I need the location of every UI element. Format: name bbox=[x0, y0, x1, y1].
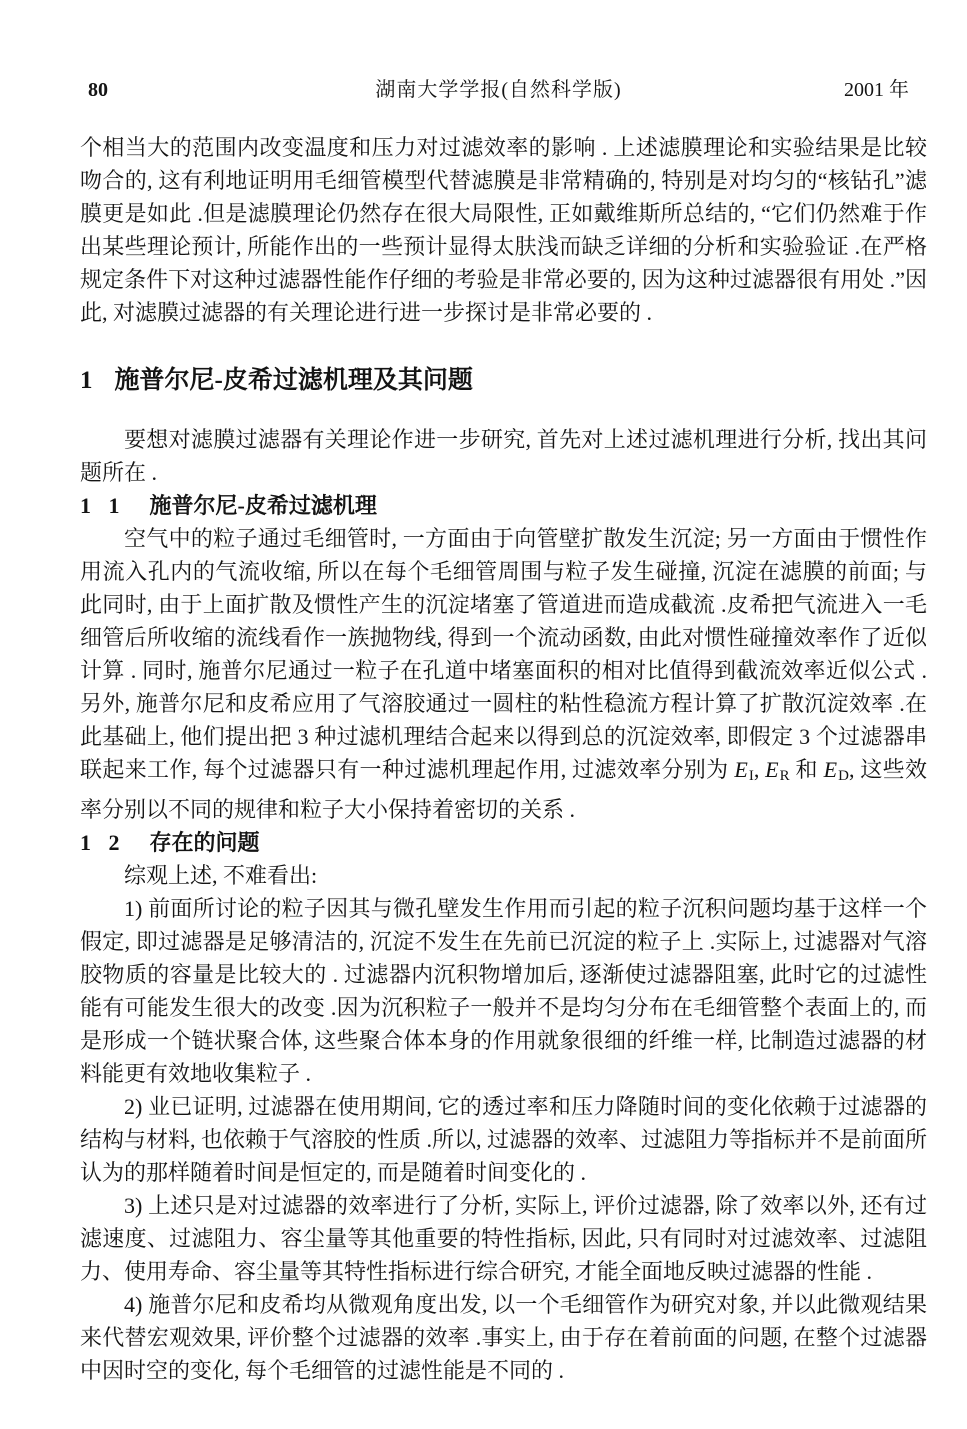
problem-item-1: 1) 前面所讨论的粒子因其与微孔壁发生作用而引起的粒子沉积问题均基于这样一个假定… bbox=[80, 892, 927, 1090]
mechanism-text-start: 空气中的粒子通过毛细管时, 一方面由于向管壁扩散发生沉淀; 另一方面由于惯性作用… bbox=[80, 526, 927, 782]
efficiency-subscript-D: D bbox=[838, 768, 849, 784]
subsection-1-2-heading: 1 2存在的问题 bbox=[80, 826, 927, 859]
efficiency-symbol-ER: E bbox=[765, 757, 778, 782]
section-1-intro-paragraph: 要想对滤膜过滤器有关理论作进一步研究, 首先对上述过滤机理进行分析, 找出其问题… bbox=[80, 423, 927, 489]
journal-page: 80 湖南大学学报(自然科学版) 2001 年 个相当大的范围内改变温度和压力对… bbox=[0, 0, 967, 1429]
subsection-1-1-heading: 1 1施普尔尼-皮希过滤机理 bbox=[80, 489, 927, 522]
page-number: 80 bbox=[88, 78, 228, 102]
efficiency-symbol-EI: E bbox=[734, 757, 747, 782]
section-1-number: 1 bbox=[80, 361, 93, 401]
section-1-title: 施普尔尼-皮希过滤机理及其问题 bbox=[115, 367, 473, 394]
problem-item-2: 2) 业已证明, 过滤器在使用期间, 它的透过率和压力降随时间的变化依赖于过滤器… bbox=[80, 1090, 927, 1189]
mechanism-paragraph: 空气中的粒子通过毛细管时, 一方面由于向管壁扩散发生沉淀; 另一方面由于惯性作用… bbox=[80, 522, 927, 826]
subsection-1-1-title: 施普尔尼-皮希过滤机理 bbox=[150, 493, 377, 518]
efficiency-subscript-R: R bbox=[780, 768, 790, 784]
journal-title: 湖南大学学报(自然科学版) bbox=[228, 78, 769, 102]
page-body: 个相当大的范围内改变温度和压力对过滤效率的影响 . 上述滤膜理论和实验结果是比较… bbox=[80, 131, 927, 1387]
mechanism-separator-2: 和 bbox=[790, 757, 824, 782]
intro-paragraph: 个相当大的范围内改变温度和压力对过滤效率的影响 . 上述滤膜理论和实验结果是比较… bbox=[80, 131, 927, 329]
efficiency-symbol-ED: E bbox=[824, 757, 837, 782]
mechanism-separator-1: , bbox=[754, 757, 765, 782]
subsection-1-2-title: 存在的问题 bbox=[150, 830, 260, 855]
problem-item-4: 4) 施普尔尼和皮希均从微观角度出发, 以一个毛细管作为研究对象, 并以此微观结… bbox=[80, 1288, 927, 1387]
subsection-1-2-number: 1 2 bbox=[80, 826, 126, 859]
subsection-1-1-number: 1 1 bbox=[80, 489, 126, 522]
problem-item-3: 3) 上述只是对过滤器的效率进行了分析, 实际上, 评价过滤器, 除了效率以外,… bbox=[80, 1189, 927, 1288]
problems-intro-line: 综观上述, 不难看出: bbox=[80, 859, 927, 892]
page-header: 80 湖南大学学报(自然科学版) 2001 年 bbox=[0, 0, 967, 102]
header-year: 2001 年 bbox=[769, 78, 909, 102]
section-1-heading: 1施普尔尼-皮希过滤机理及其问题 bbox=[80, 361, 927, 401]
